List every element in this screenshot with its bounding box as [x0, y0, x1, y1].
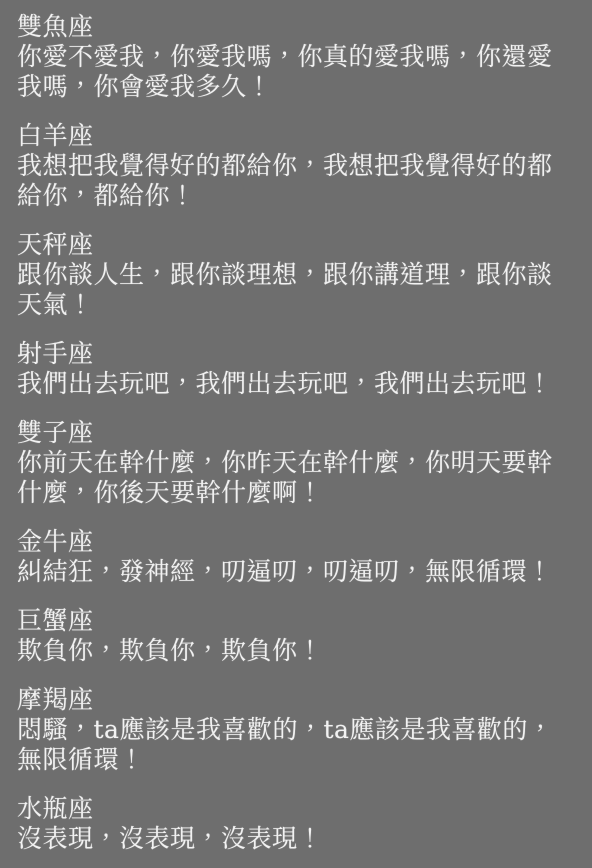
- sign-title: 雙子座: [17, 418, 576, 448]
- sign-title: 射手座: [17, 339, 576, 369]
- sign-title: 金牛座: [17, 527, 576, 557]
- section-cancer: 巨蟹座 欺負你，欺負你，欺負你！: [17, 606, 576, 666]
- sign-description: 我們出去玩吧，我們出去玩吧，我們出去玩吧！: [17, 369, 576, 399]
- section-capricorn: 摩羯座 悶騷，ta應該是我喜歡的，ta應該是我喜歡的，無限循環！: [17, 685, 576, 775]
- sign-description: 糾結狂，發神經，叨逼叨，叨逼叨，無限循環！: [17, 557, 576, 587]
- sign-description: 跟你談人生，跟你談理想，跟你講道理，跟你談天氣！: [17, 260, 576, 320]
- section-taurus: 金牛座 糾結狂，發神經，叨逼叨，叨逼叨，無限循環！: [17, 527, 576, 587]
- sign-title: 水瓶座: [17, 794, 576, 824]
- sign-title: 天秤座: [17, 230, 576, 260]
- section-aquarius: 水瓶座 沒表現，沒表現，沒表現！: [17, 794, 576, 854]
- sign-description: 沒表現，沒表現，沒表現！: [17, 824, 576, 854]
- section-gemini: 雙子座 你前天在幹什麼，你昨天在幹什麼，你明天要幹什麼，你後天要幹什麼啊！: [17, 418, 576, 508]
- section-aries: 白羊座 我想把我覺得好的都給你，我想把我覺得好的都給你，都給你！: [17, 121, 576, 211]
- sign-title: 巨蟹座: [17, 606, 576, 636]
- sign-description: 欺負你，欺負你，欺負你！: [17, 636, 576, 666]
- section-pisces: 雙魚座 你愛不愛我，你愛我嗎，你真的愛我嗎，你還愛我嗎，你會愛我多久！: [17, 12, 576, 102]
- sign-title: 摩羯座: [17, 685, 576, 715]
- section-sagittarius: 射手座 我們出去玩吧，我們出去玩吧，我們出去玩吧！: [17, 339, 576, 399]
- section-libra: 天秤座 跟你談人生，跟你談理想，跟你講道理，跟你談天氣！: [17, 230, 576, 320]
- sign-title: 雙魚座: [17, 12, 576, 42]
- sign-title: 白羊座: [17, 121, 576, 151]
- sign-description: 我想把我覺得好的都給你，我想把我覺得好的都給你，都給你！: [17, 151, 576, 211]
- sign-description: 你前天在幹什麼，你昨天在幹什麼，你明天要幹什麼，你後天要幹什麼啊！: [17, 448, 576, 508]
- sign-description: 你愛不愛我，你愛我嗎，你真的愛我嗎，你還愛我嗎，你會愛我多久！: [17, 42, 576, 102]
- sign-description: 悶騷，ta應該是我喜歡的，ta應該是我喜歡的，無限循環！: [17, 715, 576, 775]
- zodiac-text-page: 雙魚座 你愛不愛我，你愛我嗎，你真的愛我嗎，你還愛我嗎，你會愛我多久！ 白羊座 …: [0, 0, 592, 868]
